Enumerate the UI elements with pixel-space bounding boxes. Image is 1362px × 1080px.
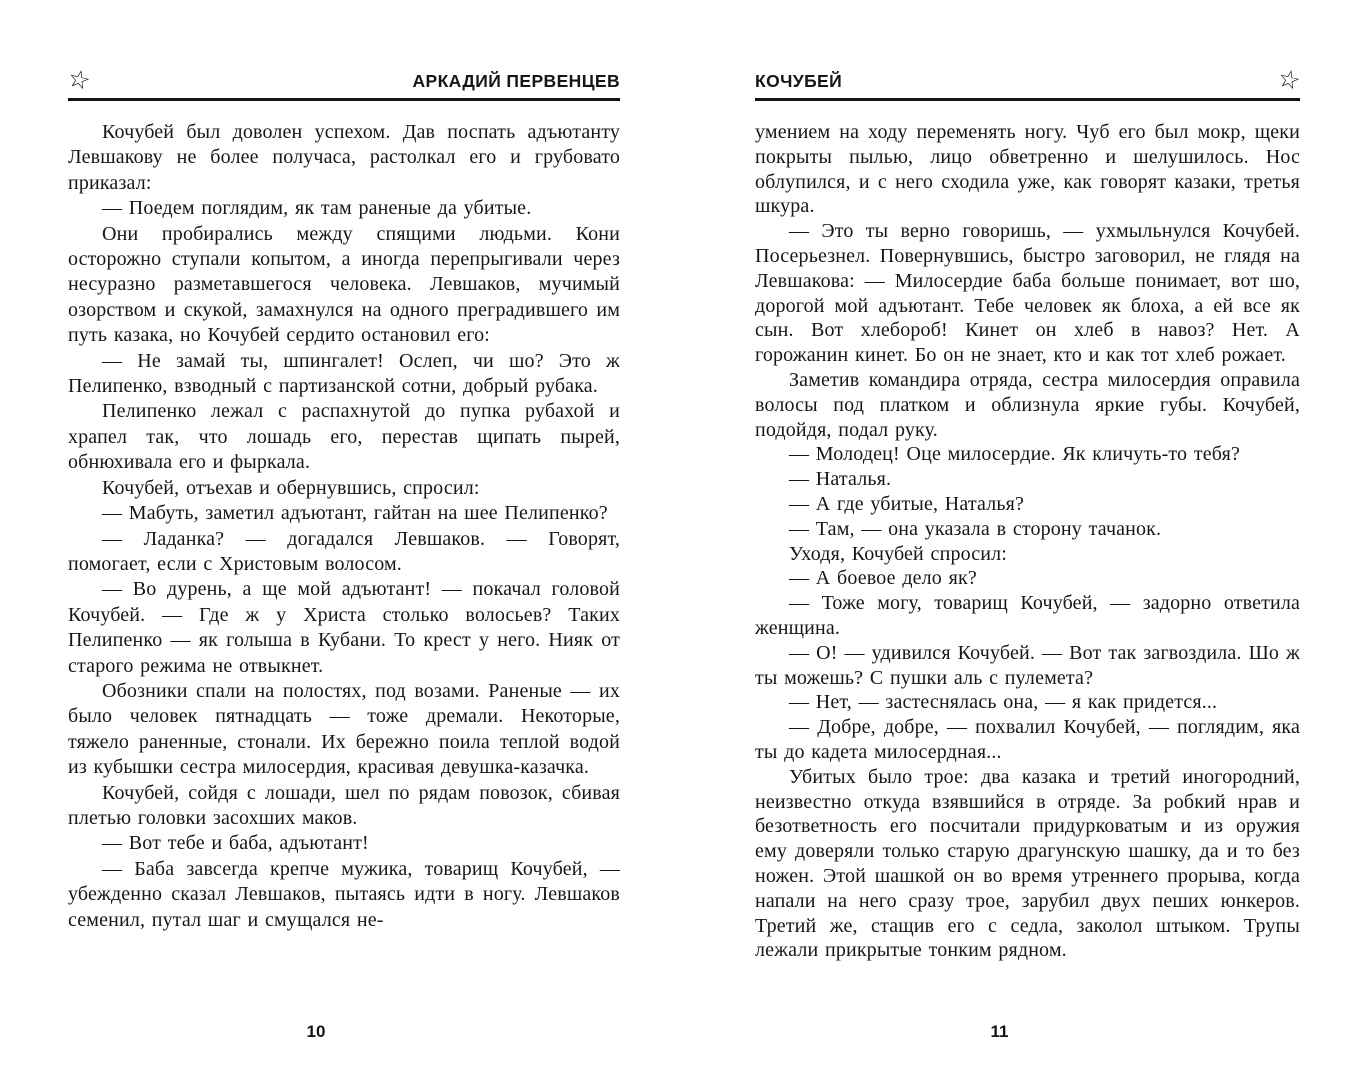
star-icon: ☆ xyxy=(65,65,92,94)
page-body-right: умением на ходу переменять ногу. Чуб его… xyxy=(755,120,1300,963)
star-icon: ☆ xyxy=(1275,65,1302,94)
page-body-left: Кочубей был доволен успехом. Дав поспать… xyxy=(68,120,620,933)
paragraph: — О! — удивился Кочубей. — Вот так загво… xyxy=(755,641,1300,691)
paragraph: — Там, — она указала в сторону тачанок. xyxy=(755,517,1300,542)
paragraph: Кочубей, сойдя с лошади, шел по рядам по… xyxy=(68,781,620,832)
page-number-left: 10 xyxy=(40,1022,592,1042)
paragraph: — Ладанка? — догадался Левшаков. — Говор… xyxy=(68,527,620,578)
paragraph: Они пробирались между спящими людьми. Ко… xyxy=(68,222,620,349)
paragraph: — А где убитые, Наталья? xyxy=(755,492,1300,517)
paragraph: — Мабуть, заметил адъютант, гайтан на ше… xyxy=(68,501,620,526)
paragraph: — Поедем поглядим, як там раненые да уби… xyxy=(68,196,620,221)
paragraph: умением на ходу переменять ногу. Чуб его… xyxy=(755,120,1300,219)
running-head-author: АРКАДИЙ ПЕРВЕНЦЕВ xyxy=(412,73,620,93)
paragraph: — Молодец! Оце милосердие. Як кличуть-то… xyxy=(755,442,1300,467)
book-spread: ☆ АРКАДИЙ ПЕРВЕНЦЕВ Кочубей был доволен … xyxy=(0,0,1362,1080)
page-header-left: ☆ АРКАДИЙ ПЕРВЕНЦЕВ xyxy=(68,62,620,101)
paragraph: — Это ты верно говоришь, — ухмыльнулся К… xyxy=(755,219,1300,368)
page-right: КОЧУБЕЙ ☆ умением на ходу переменять ног… xyxy=(755,62,1300,963)
paragraph: Уходя, Кочубей спросил: xyxy=(755,542,1300,567)
paragraph: — Вот тебе и баба, адъютант! xyxy=(68,831,620,856)
page-left: ☆ АРКАДИЙ ПЕРВЕНЦЕВ Кочубей был доволен … xyxy=(68,62,620,933)
paragraph: — Нет, — застеснялась она, — я как приде… xyxy=(755,690,1300,715)
paragraph: Убитых было трое: два казака и третий ин… xyxy=(755,765,1300,963)
paragraph: Заметив командира отряда, сестра милосер… xyxy=(755,368,1300,442)
paragraph: — Баба завсегда крепче мужика, товарищ К… xyxy=(68,857,620,933)
running-head-title: КОЧУБЕЙ xyxy=(755,73,842,93)
page-header-right: КОЧУБЕЙ ☆ xyxy=(755,62,1300,101)
paragraph: — Тоже могу, товарищ Кочубей, — задорно … xyxy=(755,591,1300,641)
paragraph: Обозники спали на полостях, под возами. … xyxy=(68,679,620,781)
paragraph: — Во дурень, а ще мой адъютант! — покача… xyxy=(68,577,620,679)
paragraph: — Не замай ты, шпингалет! Ослеп, чи шо? … xyxy=(68,349,620,400)
paragraph: Пелипенко лежал с распахнутой до пупка р… xyxy=(68,399,620,475)
paragraph: Кочубей был доволен успехом. Дав поспать… xyxy=(68,120,620,196)
paragraph: — Добре, добре, — похвалил Кочубей, — по… xyxy=(755,715,1300,765)
paragraph: Кочубей, отъехав и обернувшись, спросил: xyxy=(68,476,620,501)
paragraph: — Наталья. xyxy=(755,467,1300,492)
page-number-right: 11 xyxy=(727,1022,1272,1042)
paragraph: — А боевое дело як? xyxy=(755,566,1300,591)
